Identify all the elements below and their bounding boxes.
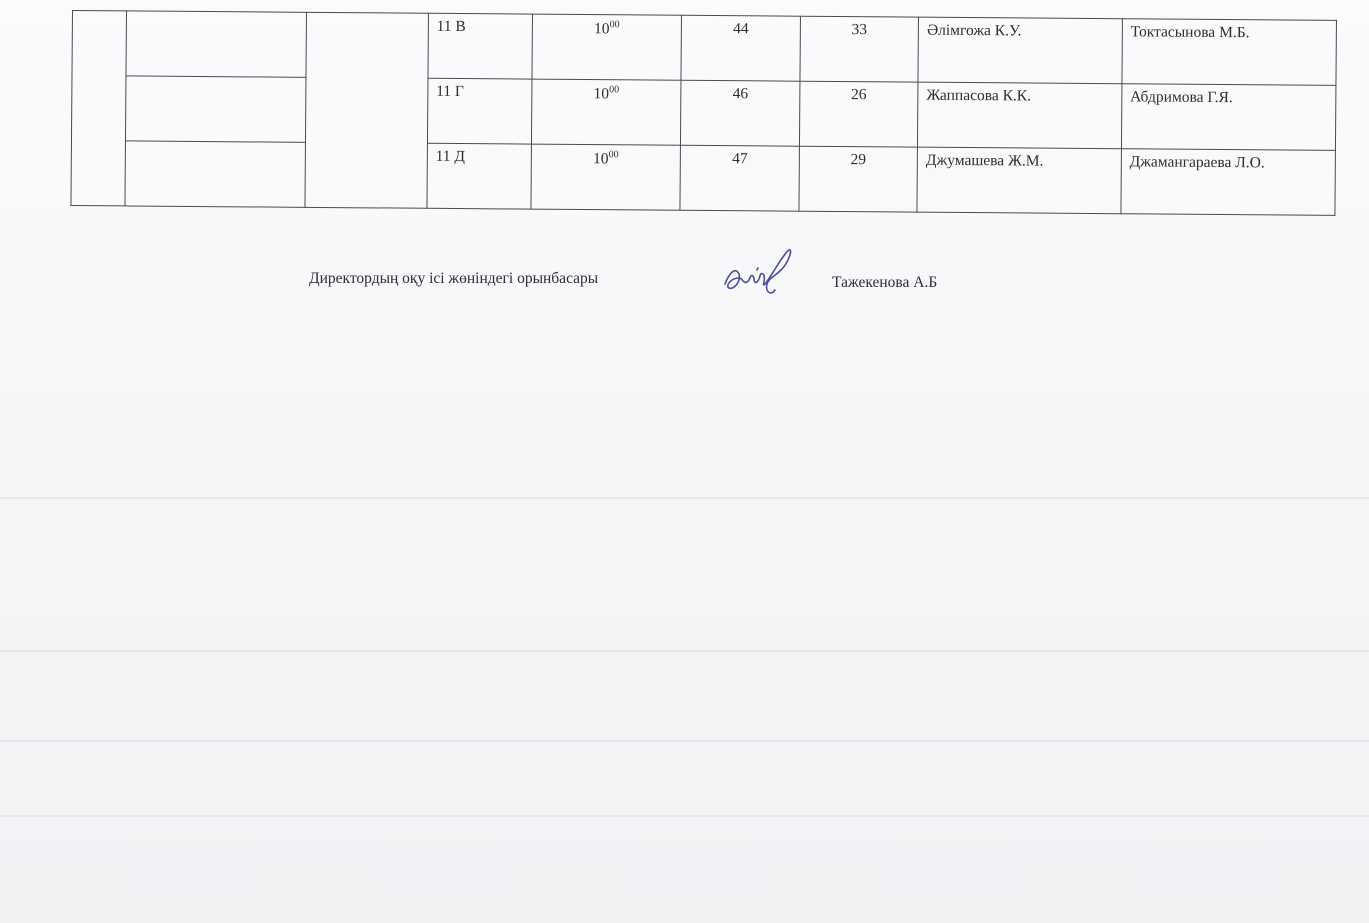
bleed-through-line	[0, 815, 1369, 817]
table-row: 11 Г 1000 46 26 Жаппасова К.К. Абдримова…	[71, 76, 1335, 151]
count-cell: 29	[799, 146, 918, 212]
count-cell: 47	[680, 145, 799, 211]
time-cell: 1000	[532, 14, 682, 80]
class-cell: 11 В	[428, 13, 532, 79]
signature-icon	[717, 244, 797, 305]
teacher-cell: Токтасынова М.Б.	[1122, 19, 1337, 86]
table-cell-empty	[125, 76, 306, 142]
time-cell: 1000	[531, 79, 681, 145]
table-cell-empty	[125, 141, 306, 207]
table-cell-empty	[71, 11, 126, 206]
class-cell: 11 Д	[427, 143, 531, 209]
time-cell: 1000	[531, 144, 681, 210]
bleed-through-line	[0, 740, 1369, 742]
table-cell-empty	[126, 11, 307, 77]
count-cell: 33	[800, 16, 919, 82]
count-cell: 26	[799, 81, 918, 147]
teacher-cell: Абдримова Г.Я.	[1121, 84, 1336, 151]
signatory-name: Тажекенова А.Б	[832, 274, 937, 292]
count-cell: 46	[681, 80, 800, 146]
teacher-cell: Джамангараева Л.О.	[1121, 149, 1336, 216]
teacher-cell: Жаппасова К.К.	[918, 82, 1122, 149]
count-cell: 44	[681, 15, 800, 81]
document-page: 11 В 1000 44 33 Әлімгожа К.У. Токтасынов…	[0, 0, 1369, 923]
table-cell-empty	[305, 12, 428, 208]
bleed-through-line	[0, 497, 1369, 499]
schedule-table: 11 В 1000 44 33 Әлімгожа К.У. Токтасынов…	[70, 10, 1337, 216]
signatory-position: Директордың оқу ісі жөніндегі орынбасары	[309, 270, 598, 288]
table-row: 11 Д 1000 47 29 Джумашева Ж.М. Джамангар…	[71, 140, 1335, 215]
table-row: 11 В 1000 44 33 Әлімгожа К.У. Токтасынов…	[72, 11, 1336, 86]
bleed-through-line	[0, 650, 1369, 652]
teacher-cell: Джумашева Ж.М.	[917, 147, 1121, 214]
class-cell: 11 Г	[427, 78, 531, 144]
teacher-cell: Әлімгожа К.У.	[918, 17, 1122, 84]
